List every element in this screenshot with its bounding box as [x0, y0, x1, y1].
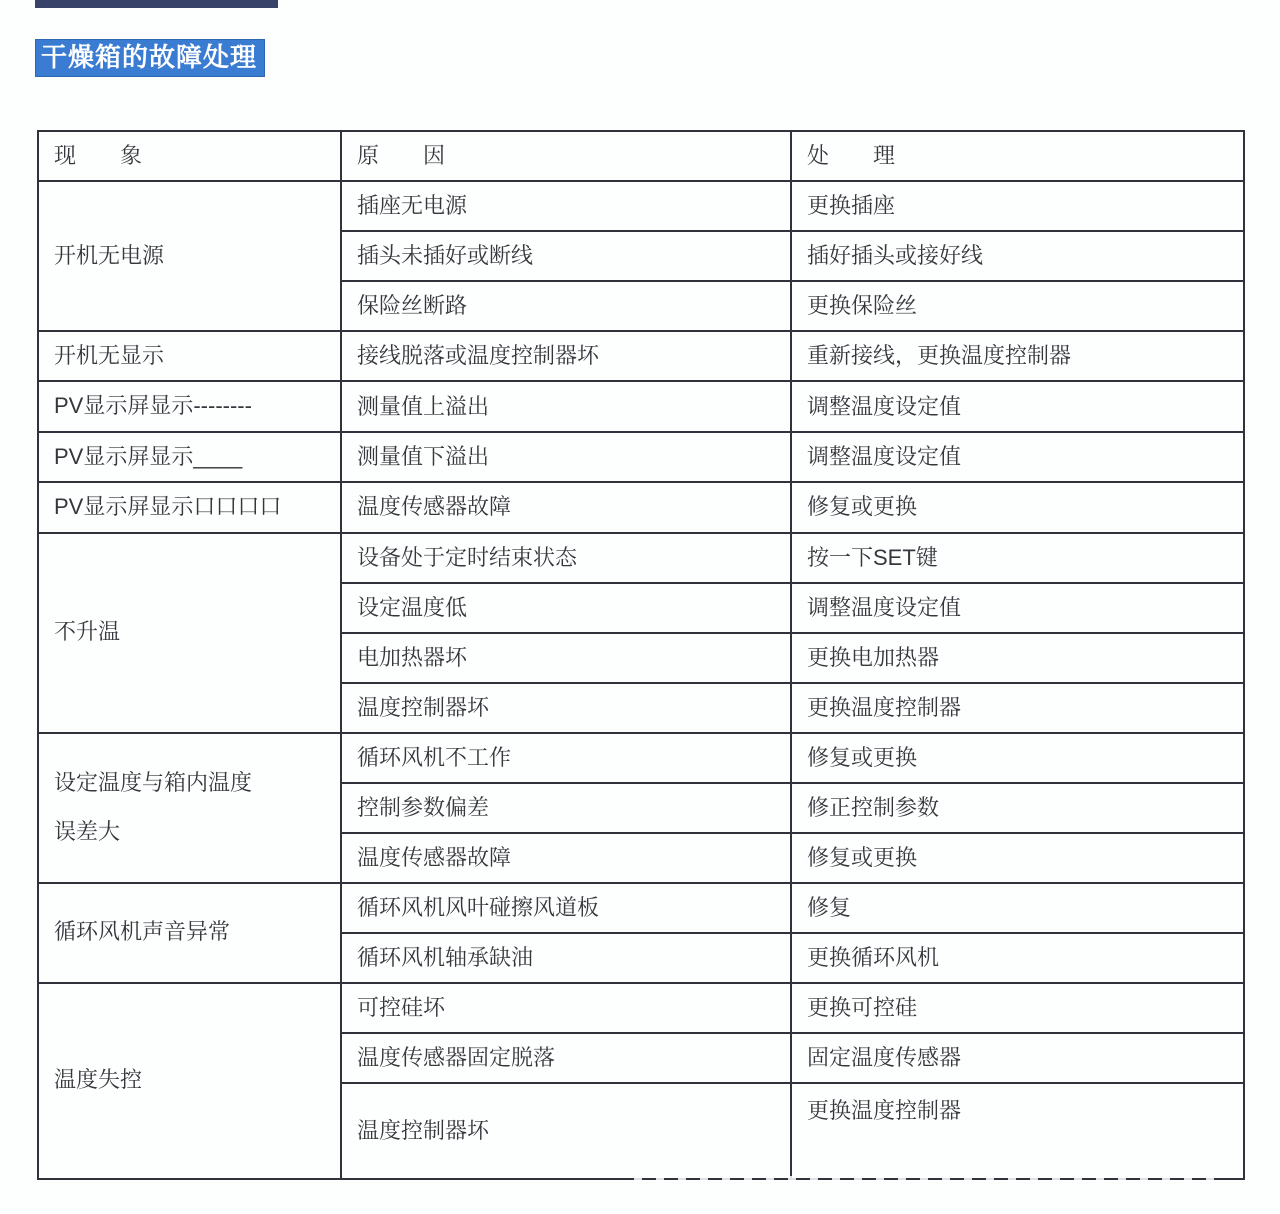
fault-table-header: 现 象 原 因 处 理	[38, 131, 1244, 181]
table-row: 开机无电源插座无电源更换插座	[38, 181, 1244, 231]
treatment-cell: 更换温度控制器	[791, 683, 1244, 733]
cause-cell: 温度传感器故障	[341, 482, 791, 532]
phenomenon-cell: PV显示屏显示口口口口	[38, 482, 341, 532]
treatment-cell: 固定温度传感器	[791, 1033, 1244, 1083]
treatment-cell: 更换电加热器	[791, 633, 1244, 683]
phenomenon-cell: 设定温度与箱内温度 误差大	[38, 733, 341, 883]
table-row: 开机无显示接线脱落或温度控制器坏重新接线，更换温度控制器	[38, 331, 1244, 381]
cause-cell: 温度控制器坏	[341, 1083, 791, 1179]
cause-cell: 温度传感器固定脱落	[341, 1033, 791, 1083]
col-header-treatment: 处 理	[791, 131, 1244, 181]
treatment-cell: 更换保险丝	[791, 281, 1244, 331]
cause-cell: 控制参数偏差	[341, 783, 791, 833]
phenomenon-cell: 开机无显示	[38, 331, 341, 381]
fault-table-body: 开机无电源插座无电源更换插座插头未插好或断线插好插头或接好线保险丝断路更换保险丝…	[38, 181, 1244, 1179]
table-row: PV显示屏显示口口口口温度传感器故障修复或更换	[38, 482, 1244, 532]
page-title: 干燥箱的故障处理	[35, 39, 265, 77]
cause-cell: 可控硅坏	[341, 983, 791, 1033]
treatment-cell: 插好插头或接好线	[791, 231, 1244, 281]
table-row: 循环风机声音异常循环风机风叶碰擦风道板修复	[38, 883, 1244, 933]
phenomenon-cell: 开机无电源	[38, 181, 341, 331]
cause-cell: 循环风机不工作	[341, 733, 791, 783]
cause-cell: 温度控制器坏	[341, 683, 791, 733]
table-row: 温度失控可控硅坏更换可控硅	[38, 983, 1244, 1033]
treatment-cell: 更换循环风机	[791, 933, 1244, 983]
treatment-cell: 按一下SET键	[791, 533, 1244, 583]
treatment-cell: 更换插座	[791, 181, 1244, 231]
col-header-phenomenon: 现 象	[38, 131, 341, 181]
treatment-cell: 修正控制参数	[791, 783, 1244, 833]
cause-cell: 插座无电源	[341, 181, 791, 231]
phenomenon-cell: 循环风机声音异常	[38, 883, 341, 983]
cause-cell: 测量值上溢出	[341, 381, 791, 431]
treatment-cell: 更换可控硅	[791, 983, 1244, 1033]
fault-table: 现 象 原 因 处 理 开机无电源插座无电源更换插座插头未插好或断线插好插头或接…	[37, 130, 1245, 1180]
cause-cell: 温度传感器故障	[341, 833, 791, 883]
treatment-cell: 调整温度设定值	[791, 583, 1244, 633]
treatment-cell: 重新接线，更换温度控制器	[791, 331, 1244, 381]
phenomenon-cell: 不升温	[38, 533, 341, 733]
cause-cell: 设备处于定时结束状态	[341, 533, 791, 583]
phenomenon-cell: PV显示屏显示____	[38, 432, 341, 482]
cause-cell: 循环风机风叶碰擦风道板	[341, 883, 791, 933]
table-row: 设定温度与箱内温度 误差大循环风机不工作修复或更换	[38, 733, 1244, 783]
cause-cell: 设定温度低	[341, 583, 791, 633]
treatment-cell: 修复或更换	[791, 733, 1244, 783]
treatment-cell: 修复或更换	[791, 833, 1244, 883]
treatment-cell: 修复	[791, 883, 1244, 933]
header-row: 现 象 原 因 处 理	[38, 131, 1244, 181]
cause-cell: 测量值下溢出	[341, 432, 791, 482]
table-row: 不升温设备处于定时结束状态按一下SET键	[38, 533, 1244, 583]
treatment-cell: 修复或更换	[791, 482, 1244, 532]
table-row: PV显示屏显示____测量值下溢出调整温度设定值	[38, 432, 1244, 482]
treatment-cell: 更换温度控制器	[791, 1083, 1244, 1179]
col-header-cause: 原 因	[341, 131, 791, 181]
phenomenon-cell: PV显示屏显示--------	[38, 381, 341, 431]
cause-cell: 插头未插好或断线	[341, 231, 791, 281]
treatment-cell: 调整温度设定值	[791, 432, 1244, 482]
top-accent-bar	[35, 0, 278, 8]
phenomenon-cell: 温度失控	[38, 983, 341, 1179]
cause-cell: 循环风机轴承缺油	[341, 933, 791, 983]
cause-cell: 保险丝断路	[341, 281, 791, 331]
cause-cell: 电加热器坏	[341, 633, 791, 683]
table-row: PV显示屏显示--------测量值上溢出调整温度设定值	[38, 381, 1244, 431]
cause-cell: 接线脱落或温度控制器坏	[341, 331, 791, 381]
treatment-cell: 调整温度设定值	[791, 381, 1244, 431]
